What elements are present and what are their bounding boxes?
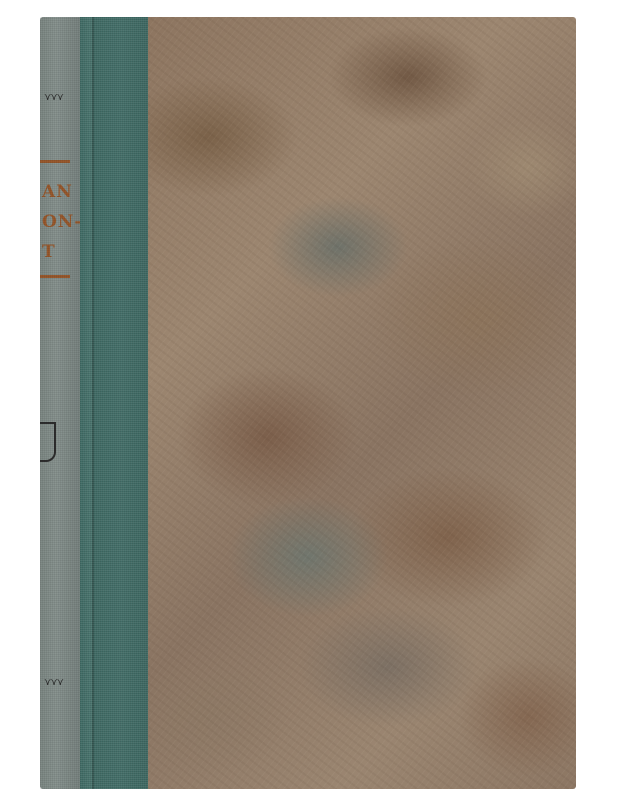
spine-rule-bottom [40, 275, 70, 278]
cloth-strip [80, 17, 148, 789]
book: ⋎⋎⋎ AN ON- T ⋎⋎⋎ [40, 17, 576, 789]
spine-title-line-1: AN [42, 182, 73, 202]
book-spine: ⋎⋎⋎ AN ON- T ⋎⋎⋎ [40, 17, 80, 789]
shield-emblem-icon [40, 422, 56, 462]
spine-title-line-3: T [42, 242, 56, 262]
spine-rule-top [40, 160, 70, 163]
spine-title-line-2: ON- [42, 212, 82, 232]
hinge-line [92, 17, 94, 789]
marbled-cover-board [148, 17, 576, 789]
bottom-ornament-icon: ⋎⋎⋎ [44, 677, 70, 689]
top-ornament-icon: ⋎⋎⋎ [44, 92, 70, 104]
